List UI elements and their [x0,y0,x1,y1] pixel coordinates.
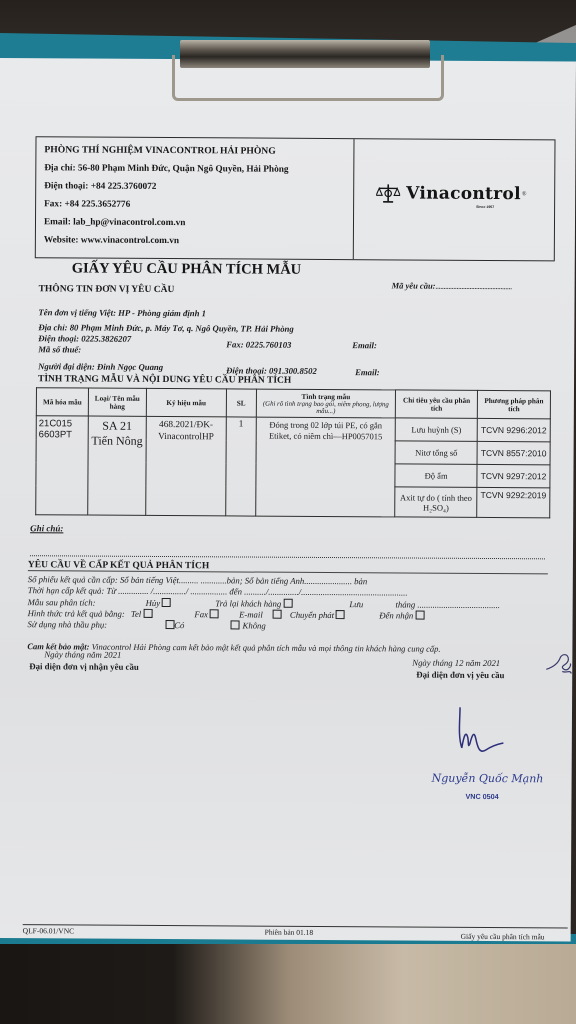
signer-name: Nguyễn Quốc Mạnh [432,772,544,786]
lab-header: PHÒNG THÍ NGHIỆM VINACONTROL HẢI PHÒNG Đ… [35,136,556,261]
header-mark: Ký hiệu mẫu [146,388,226,416]
form-version: Phiên bản 01.18 [265,928,314,937]
receiver-title: Đại diện đơn vị nhận yêu cầu [29,661,139,672]
requester-section-title: THÔNG TIN ĐƠN VỊ YÊU CẦU [39,284,175,295]
option-email-label: E-mail [239,609,263,619]
request-code-value: ........................................… [436,281,512,291]
option-keep-label: Lưu [349,599,363,609]
logo-since: Since 1957 [476,205,494,209]
test-criteria: Lưu huỳnh (S) [395,418,477,441]
header-type: Loại/ Tên mẫu hàng [88,388,146,416]
table-header-row: Mã hóa mẫu Loại/ Tên mẫu hàng Ký hiệu mẫ… [36,388,550,419]
requester-address: Địa chỉ: 80 Phạm Minh Đức, p. Máy Tơ, q.… [38,322,293,334]
checkbox-post[interactable] [336,610,345,619]
option-pickup-label: Đến nhận [379,610,413,620]
option-destroy-label: Hủy [146,598,161,608]
requester-title: Đại diện đơn vị yêu cầu [416,670,504,681]
request-code: Mã yêu cầu:.............................… [392,280,512,291]
subcontract-label: Sử dụng nhà thầu phụ: [28,619,108,629]
lab-fax: Fax: +84 225.3652776 [44,195,345,215]
commitment-text: Vinacontrol Hải Phòng cam kết bảo mật kế… [89,642,440,654]
scales-of-justice-icon [376,183,400,203]
receiver-date: Ngày tháng năm 2021 [44,649,121,659]
option-post-label: Chuyển phát [290,610,334,620]
requester-tax-code: Mã số thuế: [38,344,81,354]
copies-line: Số phiếu kết quả cần cấp: Số bản tiếng V… [28,574,367,586]
checkbox-no[interactable] [231,620,240,629]
sample-qty: 1 [225,417,256,516]
header-qty: SL [226,389,256,417]
form-name: Giấy yêu cầu phân tích mẫu [461,932,545,942]
test-criteria: Axit tự do ( tính theo H₂SO₄) [395,487,477,517]
option-tel-label: Tel [131,609,141,619]
checkbox-destroy[interactable] [162,598,171,607]
requester-phone: Điện thoại: 0225.3826207 [38,333,131,344]
subcontract-row: Sử dụng nhà thầu phụ: Có Không [28,619,266,630]
checkbox-return[interactable] [283,599,292,608]
document-title: GIẤY YÊU CẦU PHÂN TÍCH MẪU [72,260,302,278]
option-fax-label: Fax [194,609,208,619]
header-condition: Tình trạng mẫu (Ghi rõ tình trạng bao gó… [256,389,396,418]
lab-phone: Điện thoại: +84 225.3760072 [44,177,345,197]
representative-email-label: Email: [355,367,380,377]
document-page: PHÒNG THÍ NGHIỆM VINACONTROL HẢI PHÒNG Đ… [0,58,576,942]
requester-email-label: Email: [352,340,377,350]
header-condition-note: (Ghi rõ tình trạng bao gói, niêm phong, … [259,400,394,415]
header-condition-title: Tình trạng mẫu [302,392,351,400]
checkbox-email[interactable] [273,610,282,619]
checkbox-fax[interactable] [210,609,219,618]
option-yes-label: Có [174,620,184,630]
test-criteria: Độ ẩm [395,464,477,487]
keep-months-field[interactable]: tháng ..................................… [395,599,500,610]
lab-name: PHÒNG THÍ NGHIỆM VINACONTROL HẢI PHÒNG [44,141,345,161]
registered-mark: ® [522,191,527,197]
test-method: TCVN 9297:2012 [477,464,550,487]
request-code-label: Mã yêu cầu: [392,280,436,290]
test-method: TCVN 8557:2010 [477,441,550,464]
logo-text: Vinacontrol [406,183,521,204]
option-return-label: Trả lại khách hàng [215,598,281,608]
test-method: TCVN 9296:2012 [477,418,550,441]
checkbox-pickup[interactable] [415,611,424,620]
lab-email: Email: lab_hp@vinacontrol.com.vn [44,213,345,233]
lab-contact-info: PHÒNG THÍ NGHIỆM VINACONTROL HẢI PHÒNG Đ… [36,137,355,259]
handwritten-signature [454,706,504,761]
background-tablecloth [0,935,576,1024]
signer-code: VNC 0504 [465,792,498,801]
header-code: Mã hóa mẫu [36,388,88,416]
requester-date: Ngày tháng 12 năm 2021 [412,658,500,669]
after-analysis-label: Mẫu sau phân tích: [28,597,96,607]
sample-table: Mã hóa mẫu Loại/ Tên mẫu hàng Ký hiệu mẫ… [35,387,551,518]
test-criteria: Nitơ tổng số [395,441,477,464]
lab-address: Địa chỉ: 56-80 Phạm Minh Đức, Quận Ngô Q… [44,159,345,179]
test-method: TCVN 9292:2019 [477,487,550,517]
margin-scribble [544,651,572,677]
requester-fax: Fax: 0225.760103 [226,339,291,349]
clipboard-clip-wire [172,55,444,101]
sample-section-title: TÌNH TRẠNG MẪU VÀ NỘI DUNG YÊU CẦU PHÂN … [38,374,291,386]
lab-website: Website: www.vinacontrol.com.vn [44,231,345,251]
header-method: Phương pháp phân tích [477,390,550,418]
sample-condition: Đóng trong 02 lớp túi PE, có gắn Etiket,… [255,417,395,517]
requester-name: Tên đơn vị tiếng Việt: HP - Phòng giám đ… [38,307,206,318]
requester-representative: Người đại diện: Đinh Ngọc Quang [38,361,163,372]
note-field[interactable] [30,555,545,559]
vinacontrol-logo: Vinacontrol® Since 1957 [376,183,526,204]
note-label: Ghi chú: [30,523,63,533]
checkbox-yes[interactable] [165,620,174,629]
form-code: QLF-06.01/VNC [23,926,75,935]
representative-phone: Điện thoại: 091.300.8502 [226,365,317,376]
deadline-line: Thời hạn cấp kết quả: Từ .............. … [28,585,408,597]
sample-type: SA 21 Tiến Nông [88,416,146,515]
sample-mark: 468.2021/ĐK-VinacontrolHP [146,416,227,515]
option-no-label: Không [243,620,266,630]
sample-code: 21C015 6603PT [36,416,89,515]
checkbox-tel[interactable] [143,609,152,618]
header-criteria: Chỉ tiêu yêu cầu phân tích [396,390,478,418]
table-row: 21C015 6603PT SA 21 Tiến Nông 468.2021/Đ… [36,416,550,442]
delivery-label: Hình thức trả kết quả bằng: [28,608,125,619]
